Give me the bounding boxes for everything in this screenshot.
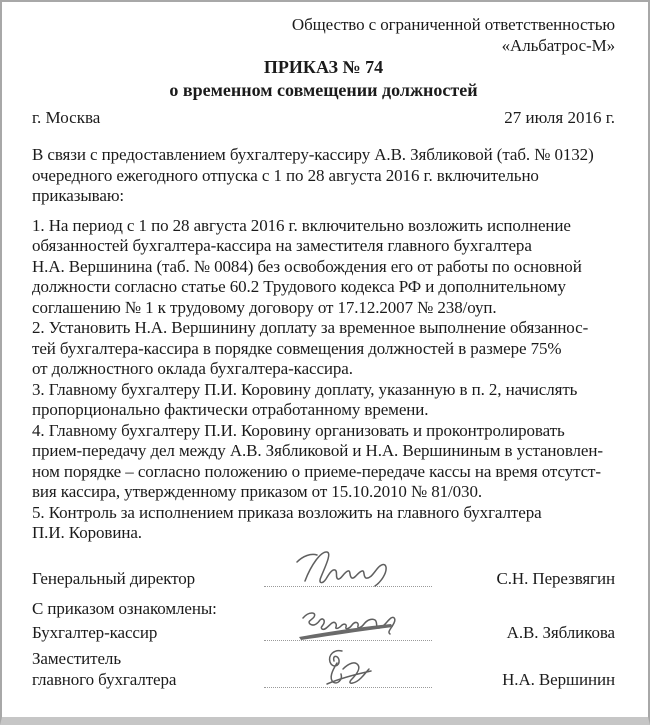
org-name-line1: Общество с ограниченной ответственностью — [32, 14, 615, 35]
org-name-line2: «Альбатрос-М» — [32, 35, 615, 56]
order-items-paragraph: 1. На период с 1 по 28 августа 2016 г. в… — [32, 216, 615, 544]
document-title: ПРИКАЗ № 74 — [32, 56, 615, 79]
city-label: г. Москва — [32, 107, 100, 129]
signature-name-director: С.Н. Перезвягин — [432, 568, 615, 589]
signature-row-director: Генеральный директор С.Н. Перезвягин — [32, 568, 615, 589]
director-autograph-icon — [289, 548, 407, 586]
signature-row-cashier: Бухгалтер-кассир А.В. Зябликова — [32, 622, 615, 643]
signature-line-director — [264, 580, 432, 587]
deputy-autograph-icon — [300, 647, 396, 687]
signature-role-deputy: Заместитель главного бухгалтера — [32, 648, 264, 690]
signature-line-cashier — [264, 634, 432, 641]
intro-paragraph: В связи с предоставлением бухгалтеру-кас… — [32, 145, 615, 207]
signature-row-deputy: Заместитель главного бухгалтера Н.А. Вер… — [32, 648, 615, 690]
signature-line-deputy — [264, 681, 432, 688]
cashier-autograph-icon — [287, 606, 409, 640]
signature-role-director: Генеральный директор — [32, 568, 264, 589]
city-date-row: г. Москва 27 июля 2016 г. — [32, 107, 615, 129]
date-label: 27 июля 2016 г. — [504, 107, 615, 129]
signature-name-deputy: Н.А. Вершинин — [432, 669, 615, 690]
document-page: Общество с ограниченной ответственностью… — [0, 0, 650, 725]
document-subtitle: о временном совмещении должностей — [32, 79, 615, 102]
signature-role-cashier: Бухгалтер-кассир — [32, 622, 264, 643]
signature-name-cashier: А.В. Зябликова — [432, 622, 615, 643]
